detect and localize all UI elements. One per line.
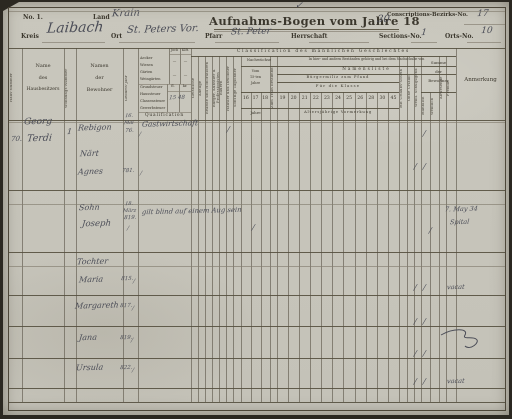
row-separator: [9, 252, 505, 253]
age-cell: 20: [288, 96, 299, 101]
sections-value: 1: [421, 29, 428, 38]
class-col-buerger: Bürger, Künstler u. Professionisten: [213, 58, 219, 118]
age-cell: 22: [310, 96, 321, 101]
quali-land-row: Gärten: [140, 71, 152, 75]
entry-resident: Närt: [80, 150, 100, 158]
right-col-urlaubsschein: Mit Urlaubs-Schein: [400, 58, 406, 118]
flourish-tick: /: [132, 306, 135, 312]
class-col-sonstige: Sonstige Taglöhner: [234, 58, 240, 118]
nachwuchs-sub: 15-ten: [241, 76, 270, 80]
entry-birth-month: März: [123, 209, 137, 214]
entry-haus-no: 70.: [11, 136, 23, 143]
right-col-ohne-urlaub: Ohne Urlaub: [408, 58, 413, 118]
grid-line: [343, 92, 344, 402]
column-header-hausbesitzer: des: [22, 76, 64, 81]
herrschaft-label: Herrschaft: [291, 34, 327, 40]
row-separator: [9, 295, 505, 296]
form-number: No. 1.: [23, 15, 43, 21]
summe-tick: /: [414, 350, 417, 358]
grid-line: [366, 92, 367, 402]
underline: [119, 42, 195, 43]
underline: [411, 42, 437, 43]
entry-resident: Rebigon: [78, 124, 112, 133]
quali-dash: —: [169, 74, 180, 78]
grid-line: [388, 92, 389, 402]
nachwuchs-age-cells: 16 17 18: [241, 96, 270, 101]
flourish-tick: /: [132, 368, 135, 374]
entry-resident: Jana: [79, 334, 98, 342]
row-separator: [9, 326, 505, 327]
summe-tick: /: [414, 284, 417, 292]
entry-resident: Margareth: [75, 301, 120, 310]
grid-line: [169, 54, 191, 55]
grid-line: [167, 91, 191, 92]
entry-anmerkung: vacat: [447, 378, 465, 385]
column-header-haus-nummer: Haus-Nummer: [10, 58, 21, 118]
underline: [215, 42, 279, 43]
age-tick: /: [252, 224, 255, 232]
entry-anmerkung: vacat: [447, 284, 465, 291]
grid-line: [241, 92, 399, 93]
flourish-tick: /: [131, 338, 134, 344]
summe-tick: /: [429, 227, 432, 235]
class-col-haeusler: Häusler und Inwohner: [227, 58, 233, 118]
summe-tick: /: [423, 350, 426, 358]
summe-tick: /: [423, 284, 426, 292]
frame-inner-rule: [9, 11, 505, 12]
class-col-beamte: Beamte und Honoratioren: [206, 58, 212, 118]
column-header-geburtsjahr: Geburts-Jahr: [125, 58, 137, 118]
summe-tick: /: [423, 130, 426, 138]
ort-label: Ort: [111, 34, 122, 40]
quali-unit-klafter: Klft.: [180, 49, 191, 53]
nachwuchs-sub: Vom: [241, 70, 270, 74]
nachwuchs-sub: Jahre: [241, 82, 270, 86]
quali-title: Qualification: [138, 114, 191, 119]
orts-value: 10: [481, 27, 493, 36]
quali-land-row: Wiesen: [140, 64, 153, 68]
quali-tax-row: Classensteuer: [140, 100, 165, 104]
grid-line: [355, 92, 356, 402]
scanned-census-sheet: No. 1. Land Krain Conscriptions-Bezirks-…: [3, 2, 509, 415]
anmerkung-header: Anmerkung: [456, 78, 505, 84]
liste-footer: Altersjährige Vormerkung: [277, 111, 399, 115]
class-col-bauern: Bauern: [220, 58, 226, 118]
grid-line: [261, 92, 262, 402]
underline: [464, 24, 505, 25]
entry-wohnung-no: 1: [67, 128, 73, 136]
quali-dash: —: [180, 74, 191, 78]
extra-col-abwesende: Abwesende: [440, 58, 445, 118]
age-cell: 24: [332, 96, 343, 101]
kreis-value: Laibach: [46, 20, 104, 35]
orts-label: Orts-No.: [445, 34, 474, 40]
column-header-bewohner: Bewohner: [76, 88, 123, 93]
check-mark: ✓: [295, 2, 303, 11]
class-col-geistliche: Geistliche: [192, 58, 198, 118]
summe-tick: /: [423, 318, 426, 326]
grid-line: [310, 92, 311, 402]
row-separator: [9, 190, 505, 191]
entry-birth-year: 76.: [125, 129, 134, 135]
grid-line: [288, 92, 289, 402]
quali-land-row: Weingärten: [140, 78, 161, 82]
liste-line4: Für die Klasse: [277, 84, 399, 88]
entry-birth-year: 819.: [124, 216, 137, 222]
kreis-label: Kreis: [21, 34, 39, 40]
grid-line: [241, 108, 399, 109]
form-title-year: 30: [376, 15, 390, 25]
quali-tax-row: Haussteuer: [140, 93, 160, 97]
summe-tick: /: [414, 318, 417, 326]
sections-label: Sections-No.: [379, 34, 422, 40]
quali-kr-label: kr.: [179, 85, 191, 89]
age-cell: 18: [260, 96, 270, 101]
signature-flourish-icon: [439, 326, 483, 352]
grid-line: [430, 92, 431, 402]
column-header-bewohner: der: [76, 76, 123, 81]
quali-dash: —: [180, 60, 191, 64]
flourish-tick: /: [139, 132, 142, 138]
liste-age-cells: 19 20 21 22 23 24 25 26 28 30 45: [277, 96, 399, 101]
entry-resident: Maria: [79, 276, 104, 285]
grid-line: [123, 48, 124, 402]
header-bottom-rule: [9, 120, 505, 121]
entry-resident: Agnes: [78, 168, 104, 177]
entry-birth-month: Mai: [124, 121, 134, 126]
quali-land-row: Aecker: [140, 57, 152, 61]
flourish-tick: /: [127, 226, 130, 232]
column-header-hausbesitzer: Hausbesitzers: [22, 88, 64, 93]
quali-fl-label: fl.: [167, 85, 179, 89]
age-cell: 45: [388, 96, 399, 101]
underline: [309, 42, 369, 43]
entry-birth-year: 822.: [120, 366, 133, 372]
entry-birth-day: 16.: [125, 114, 133, 119]
age-cell: 16: [241, 96, 251, 101]
nachwuchs-unit: Jahre: [241, 111, 270, 115]
grid-line: [251, 92, 252, 402]
row-separator: [9, 388, 505, 389]
classification-title: Classification des männlichen Geschlecht…: [191, 50, 456, 55]
column-header-bewohner: Namen: [76, 64, 123, 69]
age-cell: 28: [366, 96, 377, 101]
pfarr-value: St. Peter: [231, 27, 272, 37]
flourish-tick: /: [133, 279, 136, 285]
column-header-hausbesitzer: Name: [22, 64, 64, 69]
entry-owner-last: Terdi: [27, 134, 53, 144]
age-cell: 21: [299, 96, 310, 101]
quali-tax-row: Gewerbsteuer: [140, 107, 165, 111]
summe-tick: /: [414, 378, 417, 386]
summe-weiblich-col: Weiblich: [431, 94, 438, 118]
quali-tax-value: 15 48: [169, 96, 185, 102]
class-tick: /: [227, 126, 230, 134]
summe-tick: /: [423, 378, 426, 386]
underline: [42, 42, 105, 43]
grid-line: [76, 48, 77, 402]
row-separator: [9, 358, 505, 359]
flourish-tick: /: [140, 171, 143, 177]
extra-col-fremde: Fremde: [447, 58, 455, 118]
row-separator: [9, 402, 505, 403]
column-header-wohnungs-nummer: Wohnungs-Nummer: [65, 58, 75, 118]
grid-line: [332, 92, 333, 402]
pfarr-label: Pfarr: [205, 34, 222, 40]
summe-tick: /: [414, 163, 417, 171]
entry-relation: Sohn: [79, 204, 100, 213]
age-cell: 17: [251, 96, 261, 101]
entry-relation: Tochter: [77, 258, 109, 267]
quali-tax-row: Grundsteuer: [140, 86, 163, 90]
grid-line: [22, 48, 23, 402]
age-cell: 30: [377, 96, 388, 101]
class-col-adelige: Adelige: [199, 58, 205, 118]
summe-tick: /: [423, 163, 426, 171]
age-cell: 19: [277, 96, 288, 101]
age-cell: 25: [344, 96, 355, 101]
grid-line: [299, 92, 300, 402]
age-cell: 23: [321, 96, 332, 101]
entry-anmerkung: Spital: [450, 219, 470, 226]
entry-birth-year: 817.: [120, 304, 133, 310]
entry-anmerkung: 7. May 34: [445, 206, 479, 213]
right-col-schuljugend: Weibl. Schuljugend: [415, 58, 420, 118]
quali-dash: —: [169, 60, 180, 64]
underline: [467, 42, 501, 43]
entry-owner-first: Georg: [24, 118, 53, 128]
entry-birth-year: 815.: [121, 277, 134, 283]
grid-line: [377, 92, 378, 402]
age-cell: 26: [355, 96, 366, 101]
summe-maennlich-col: Männlich: [422, 94, 429, 118]
liste-line3: Bürgermiliz zum Pfand: [277, 76, 399, 80]
grid-line: [138, 48, 139, 402]
entry-resident: Ursula: [76, 364, 104, 373]
entry-birth-year: 781.: [122, 169, 135, 175]
entry-birth-day: 18.: [125, 202, 133, 207]
form-frame: No. 1. Land Krain Conscriptions-Bezirks-…: [8, 7, 506, 411]
grid-line: [321, 92, 322, 402]
ort-value: St. Peters Vor.: [126, 24, 199, 36]
quali-unit-joch: Joch: [169, 49, 180, 53]
entry-quali-note: Gastwirtschaft: [142, 119, 199, 128]
entry-resident: Joseph: [82, 220, 112, 229]
